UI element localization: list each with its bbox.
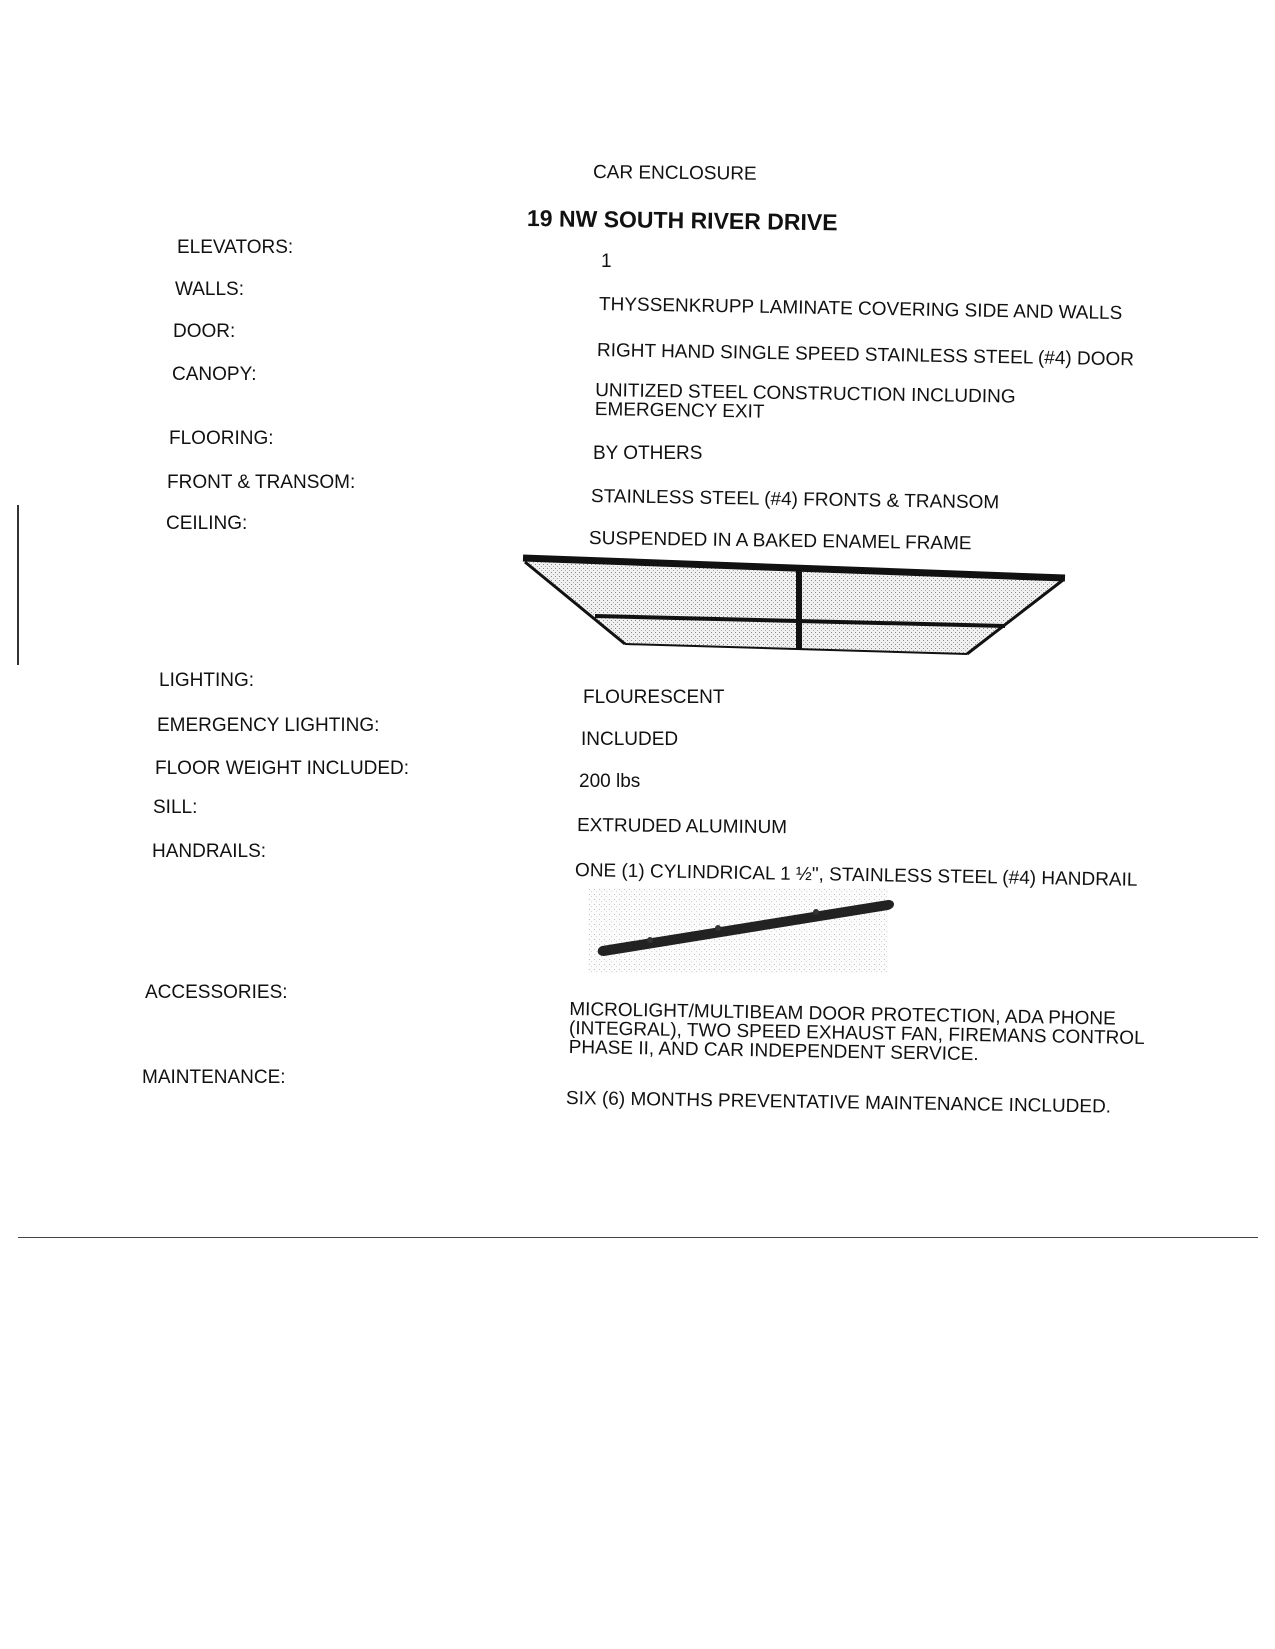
- value-maintenance: SIX (6) MONTHS PREVENTATIVE MAINTENANCE …: [566, 1088, 1111, 1119]
- value-emergency-lighting: INCLUDED: [581, 729, 678, 751]
- label-canopy: CANOPY:: [172, 364, 256, 386]
- label-ceiling: CEILING:: [166, 513, 247, 535]
- value-elevators: 1: [601, 251, 612, 273]
- label-emergency-lighting: EMERGENCY LIGHTING:: [157, 715, 379, 737]
- label-maintenance: MAINTENANCE:: [142, 1067, 286, 1089]
- handrail-illustration: [588, 888, 908, 978]
- value-flooring: BY OTHERS: [593, 443, 702, 465]
- label-handrails: HANDRAILS:: [152, 841, 266, 863]
- label-front-transom: FRONT & TRANSOM:: [167, 472, 355, 494]
- value-lighting: FLOURESCENT: [583, 687, 724, 709]
- value-floor-weight: 200 lbs: [579, 771, 640, 793]
- ceiling-frame-illustration: [515, 548, 1075, 668]
- value-front-transom: STAINLESS STEEL (#4) FRONTS & TRANSOM: [591, 486, 1000, 514]
- document-title: CAR ENCLOSURE: [593, 162, 757, 186]
- page-divider: [18, 1237, 1258, 1238]
- label-walls: WALLS:: [175, 279, 244, 301]
- value-door: RIGHT HAND SINGLE SPEED STAINLESS STEEL …: [597, 340, 1134, 371]
- scan-margin-mark: [17, 505, 19, 665]
- label-flooring: FLOORING:: [169, 428, 274, 450]
- label-accessories: ACCESSORIES:: [145, 982, 288, 1004]
- value-accessories: MICROLIGHT/MULTIBEAM DOOR PROTECTION, AD…: [569, 1000, 1146, 1067]
- value-walls: THYSSENKRUPP LAMINATE COVERING SIDE AND …: [599, 294, 1123, 325]
- value-canopy: UNITIZED STEEL CONSTRUCTION INCLUDING EM…: [595, 381, 1016, 426]
- label-sill: SILL:: [153, 797, 197, 819]
- project-address: 19 NW SOUTH RIVER DRIVE: [527, 205, 838, 236]
- label-door: DOOR:: [173, 321, 235, 343]
- label-elevators: ELEVATORS:: [177, 237, 293, 259]
- value-sill: EXTRUDED ALUMINUM: [577, 815, 787, 839]
- label-floor-weight: FLOOR WEIGHT INCLUDED:: [155, 758, 409, 780]
- label-lighting: LIGHTING:: [159, 670, 254, 692]
